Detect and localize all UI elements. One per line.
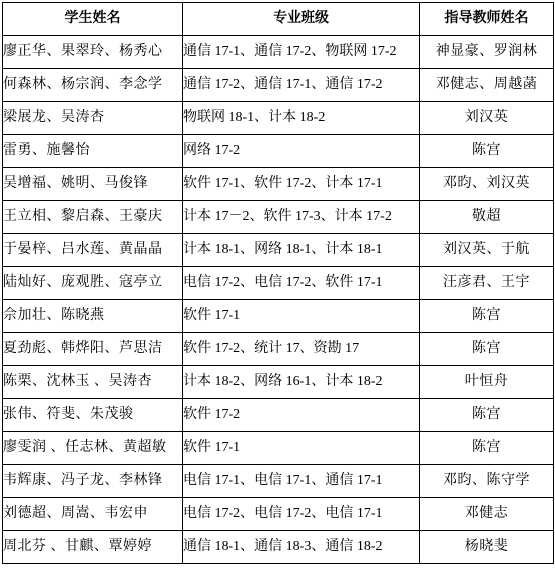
teacher-names-cell: 邓健志 [420,498,554,531]
teacher-names-cell: 刘汉英、于航 [420,234,554,267]
class-names-cell: 软件 17-2、统计 17、资勘 17 [183,333,420,366]
teacher-names-cell: 叶恒舟 [420,366,554,399]
student-names-cell: 夏劲彪、韩烨阳、芦思洁 [3,333,183,366]
student-names-cell: 陆灿好、庞观胜、寇亭立 [3,267,183,300]
student-names-cell: 何森林、杨宗润、李念学 [3,69,183,102]
student-names-cell: 张伟、符斐、朱茂骏 [3,399,183,432]
table-row: 韦辉康、冯子龙、李林锋电信 17-1、电信 17-1、通信 17-1邓昀、陈守学 [3,465,554,498]
teacher-names-cell: 陈宫 [420,399,554,432]
class-names-cell: 网络 17-2 [183,135,420,168]
student-names-cell: 刘德超、周嵩、韦宏申 [3,498,183,531]
teacher-names-cell: 邓健志、周越菡 [420,69,554,102]
table-row: 周北芬 、甘麒、覃婷婷通信 18-1、通信 18-3、通信 18-2杨晓斐 [3,531,554,564]
header-student-names: 学生姓名 [3,3,183,36]
student-names-cell: 王立相、黎启森、王豪庆 [3,201,183,234]
table-row: 廖正华、果翠玲、杨秀心通信 17-1、通信 17-2、物联网 17-2神显豪、罗… [3,36,554,69]
header-advisor-names: 指导教师姓名 [420,3,554,36]
table-row: 梁展龙、吴涛杏物联网 18-1、计本 18-2刘汉英 [3,102,554,135]
table-row: 于晏梓、吕水莲、黄晶晶计本 18-1、网络 18-1、计本 18-1刘汉英、于航 [3,234,554,267]
table-row: 何森林、杨宗润、李念学通信 17-2、通信 17-1、通信 17-2邓健志、周越… [3,69,554,102]
teacher-names-cell: 陈宫 [420,300,554,333]
table-row: 陈栗、沈林玉 、吴涛杏计本 18-2、网络 16-1、计本 18-2叶恒舟 [3,366,554,399]
class-names-cell: 电信 17-2、电信 17-2、电信 17-1 [183,498,420,531]
header-major-class: 专业班级 [183,3,420,36]
teacher-names-cell: 邓昀、刘汉英 [420,168,554,201]
teacher-names-cell: 杨晓斐 [420,531,554,564]
class-names-cell: 通信 17-2、通信 17-1、通信 17-2 [183,69,420,102]
student-names-cell: 雷勇、施馨怡 [3,135,183,168]
class-names-cell: 电信 17-1、电信 17-1、通信 17-1 [183,465,420,498]
teacher-names-cell: 邓昀、陈守学 [420,465,554,498]
class-names-cell: 软件 17-1 [183,432,420,465]
table-row: 佘加壮、陈晓燕软件 17-1陈宫 [3,300,554,333]
teacher-names-cell: 神显豪、罗润林 [420,36,554,69]
table-row: 张伟、符斐、朱茂骏软件 17-2陈宫 [3,399,554,432]
class-names-cell: 计本 18-2、网络 16-1、计本 18-2 [183,366,420,399]
table-row: 雷勇、施馨怡网络 17-2陈宫 [3,135,554,168]
student-names-cell: 陈栗、沈林玉 、吴涛杏 [3,366,183,399]
table-row: 刘德超、周嵩、韦宏申电信 17-2、电信 17-2、电信 17-1邓健志 [3,498,554,531]
teacher-names-cell: 敬超 [420,201,554,234]
teacher-names-cell: 汪彦君、王宇 [420,267,554,300]
table-row: 吴增福、姚明、马俊锋软件 17-1、软件 17-2、计本 17-1邓昀、刘汉英 [3,168,554,201]
assignment-table: 学生姓名 专业班级 指导教师姓名 廖正华、果翠玲、杨秀心通信 17-1、通信 1… [2,2,554,564]
class-names-cell: 电信 17-2、电信 17-2、软件 17-1 [183,267,420,300]
student-names-cell: 廖雯润 、任志林、黄超敏 [3,432,183,465]
teacher-names-cell: 陈宫 [420,333,554,366]
class-names-cell: 计本 17－2、软件 17-3、计本 17-2 [183,201,420,234]
teacher-names-cell: 刘汉英 [420,102,554,135]
class-names-cell: 计本 18-1、网络 18-1、计本 18-1 [183,234,420,267]
table-body: 廖正华、果翠玲、杨秀心通信 17-1、通信 17-2、物联网 17-2神显豪、罗… [3,36,554,564]
student-names-cell: 廖正华、果翠玲、杨秀心 [3,36,183,69]
table-row: 王立相、黎启森、王豪庆计本 17－2、软件 17-3、计本 17-2敬超 [3,201,554,234]
student-names-cell: 佘加壮、陈晓燕 [3,300,183,333]
student-names-cell: 于晏梓、吕水莲、黄晶晶 [3,234,183,267]
table-header-row: 学生姓名 专业班级 指导教师姓名 [3,3,554,36]
document-page: 学生姓名 专业班级 指导教师姓名 廖正华、果翠玲、杨秀心通信 17-1、通信 1… [0,0,555,566]
student-names-cell: 吴增福、姚明、马俊锋 [3,168,183,201]
table-row: 陆灿好、庞观胜、寇亭立电信 17-2、电信 17-2、软件 17-1汪彦君、王宇 [3,267,554,300]
student-names-cell: 韦辉康、冯子龙、李林锋 [3,465,183,498]
class-names-cell: 软件 17-1、软件 17-2、计本 17-1 [183,168,420,201]
student-names-cell: 周北芬 、甘麒、覃婷婷 [3,531,183,564]
class-names-cell: 通信 17-1、通信 17-2、物联网 17-2 [183,36,420,69]
table-row: 廖雯润 、任志林、黄超敏软件 17-1陈宫 [3,432,554,465]
table-row: 夏劲彪、韩烨阳、芦思洁软件 17-2、统计 17、资勘 17陈宫 [3,333,554,366]
class-names-cell: 软件 17-1 [183,300,420,333]
class-names-cell: 物联网 18-1、计本 18-2 [183,102,420,135]
teacher-names-cell: 陈宫 [420,432,554,465]
class-names-cell: 软件 17-2 [183,399,420,432]
teacher-names-cell: 陈宫 [420,135,554,168]
student-names-cell: 梁展龙、吴涛杏 [3,102,183,135]
class-names-cell: 通信 18-1、通信 18-3、通信 18-2 [183,531,420,564]
